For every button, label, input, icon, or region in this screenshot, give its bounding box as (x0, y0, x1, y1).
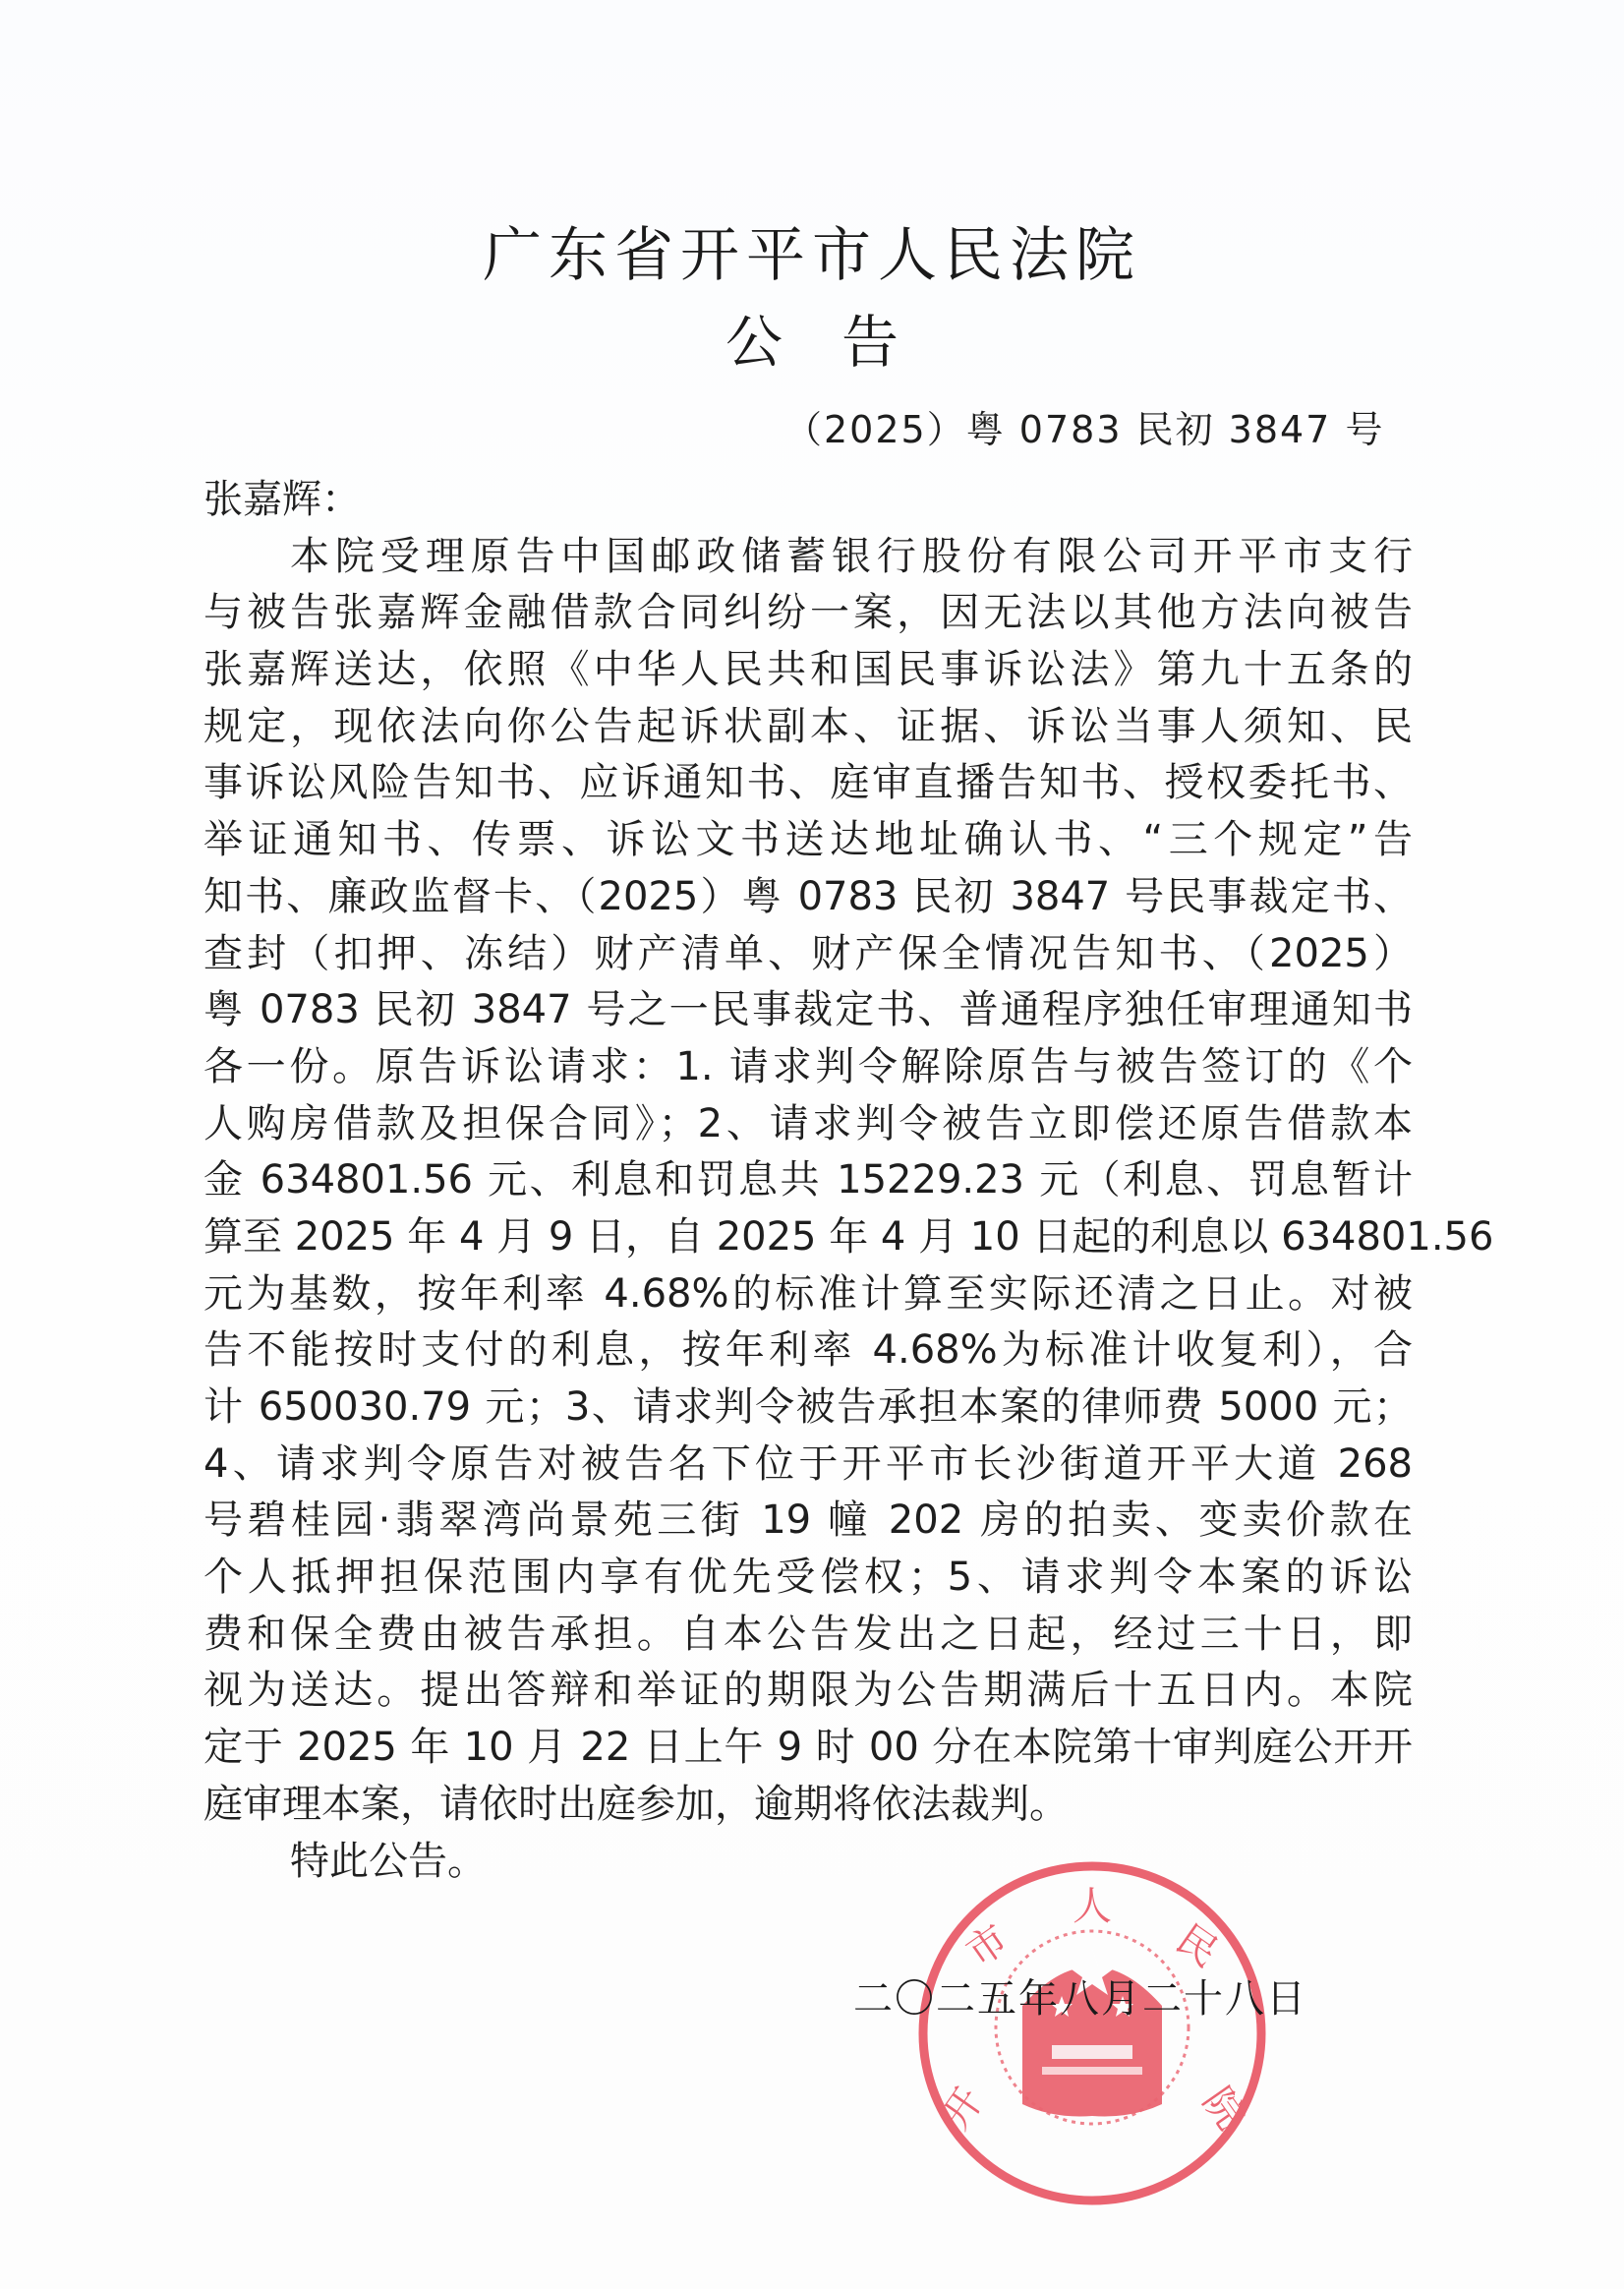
body-line: 个人抵押担保范围内享有优先受偿权；5、请求判令本案的诉讼 (203, 1550, 1413, 1607)
body-line: 算至 2025 年 4 月 9 日，自 2025 年 4 月 10 日起的利息以… (203, 1209, 1413, 1266)
document-page: 广东省开平市人民法院 公告 （2025）粤 0783 民初 3847 号 张嘉辉… (0, 0, 1624, 2289)
body-line: 与被告张嘉辉金融借款合同纠纷一案，因无法以其他方法向被告 (203, 585, 1413, 642)
body-line: 事诉讼风险告知书、应诉通知书、庭审直播告知书、授权委托书、 (203, 755, 1413, 812)
court-seal-icon: 开 市 人 民 院 (914, 1858, 1270, 2208)
body-line: 查封（扣押、冻结）财产清单、财产保全情况告知书、（2025） (203, 926, 1413, 983)
document-type-heading: 公告 (0, 305, 1624, 380)
svg-text:开: 开 (933, 2080, 993, 2138)
body-line: 4、请求判令原告对被告名下位于开平市长沙街道开平大道 268 (203, 1437, 1413, 1494)
body-line: 举证通知书、传票、诉讼文书送达地址确认书、“三个规定”告 (203, 812, 1413, 869)
body-line: 视为送达。提出答辩和举证的期限为公告期满后十五日内。本院 (203, 1663, 1413, 1720)
svg-text:人: 人 (1073, 1884, 1112, 1929)
body-line: 庭审理本案，请依时出庭参加，逾期将依法裁判。 (203, 1777, 1413, 1834)
body-line: 知书、廉政监督卡、（2025）粤 0783 民初 3847 号民事裁定书、 (203, 869, 1413, 926)
body-line: 本院受理原告中国邮政储蓄银行股份有限公司开平市支行 (203, 529, 1413, 586)
body-line: 人购房借款及担保合同》；2、请求判令被告立即偿还原告借款本 (203, 1096, 1413, 1153)
body-line: 计 650030.79 元；3、请求判令被告承担本案的律师费 5000 元； (203, 1379, 1413, 1437)
body-line: 告不能按时支付的利息，按年利率 4.68%为标准计收复利），合 (203, 1322, 1413, 1379)
body-line: 粤 0783 民初 3847 号之一民事裁定书、普通程序独任审理通知书 (203, 982, 1413, 1039)
body-line: 各一份。原告诉讼请求：1. 请求判令解除原告与被告签订的《个 (203, 1039, 1413, 1096)
body-line: 费和保全费由被告承担。自本公告发出之日起，经过三十日，即 (203, 1607, 1413, 1664)
body-line: 号碧桂园·翡翠湾尚景苑三街 19 幢 202 房的拍卖、变卖价款在 (203, 1493, 1413, 1550)
case-number: （2025）粤 0783 民初 3847 号 (784, 403, 1384, 456)
body-line: 金 634801.56 元、利息和罚息共 15229.23 元（利息、罚息暂计 (203, 1152, 1413, 1209)
addressee: 张嘉辉： (203, 472, 1413, 529)
body-line: 规定，现依法向你公告起诉状副本、证据、诉讼当事人须知、民 (203, 699, 1413, 756)
body-line: 张嘉辉送达，依照《中华人民共和国民事诉讼法》第九十五条的 (203, 642, 1413, 699)
issue-date: 二〇二五年八月二十八日 (853, 1972, 1307, 2025)
svg-text:院: 院 (1193, 2080, 1253, 2138)
notice-body: 张嘉辉： 本院受理原告中国邮政储蓄银行股份有限公司开平市支行 与被告张嘉辉金融借… (203, 472, 1413, 1890)
body-line: 元为基数，按年利率 4.68%的标准计算至实际还清之日止。对被 (203, 1266, 1413, 1323)
body-line: 定于 2025 年 10 月 22 日上午 9 时 00 分在本院第十审判庭公开… (203, 1720, 1413, 1777)
court-name-heading: 广东省开平市人民法院 (0, 218, 1624, 293)
